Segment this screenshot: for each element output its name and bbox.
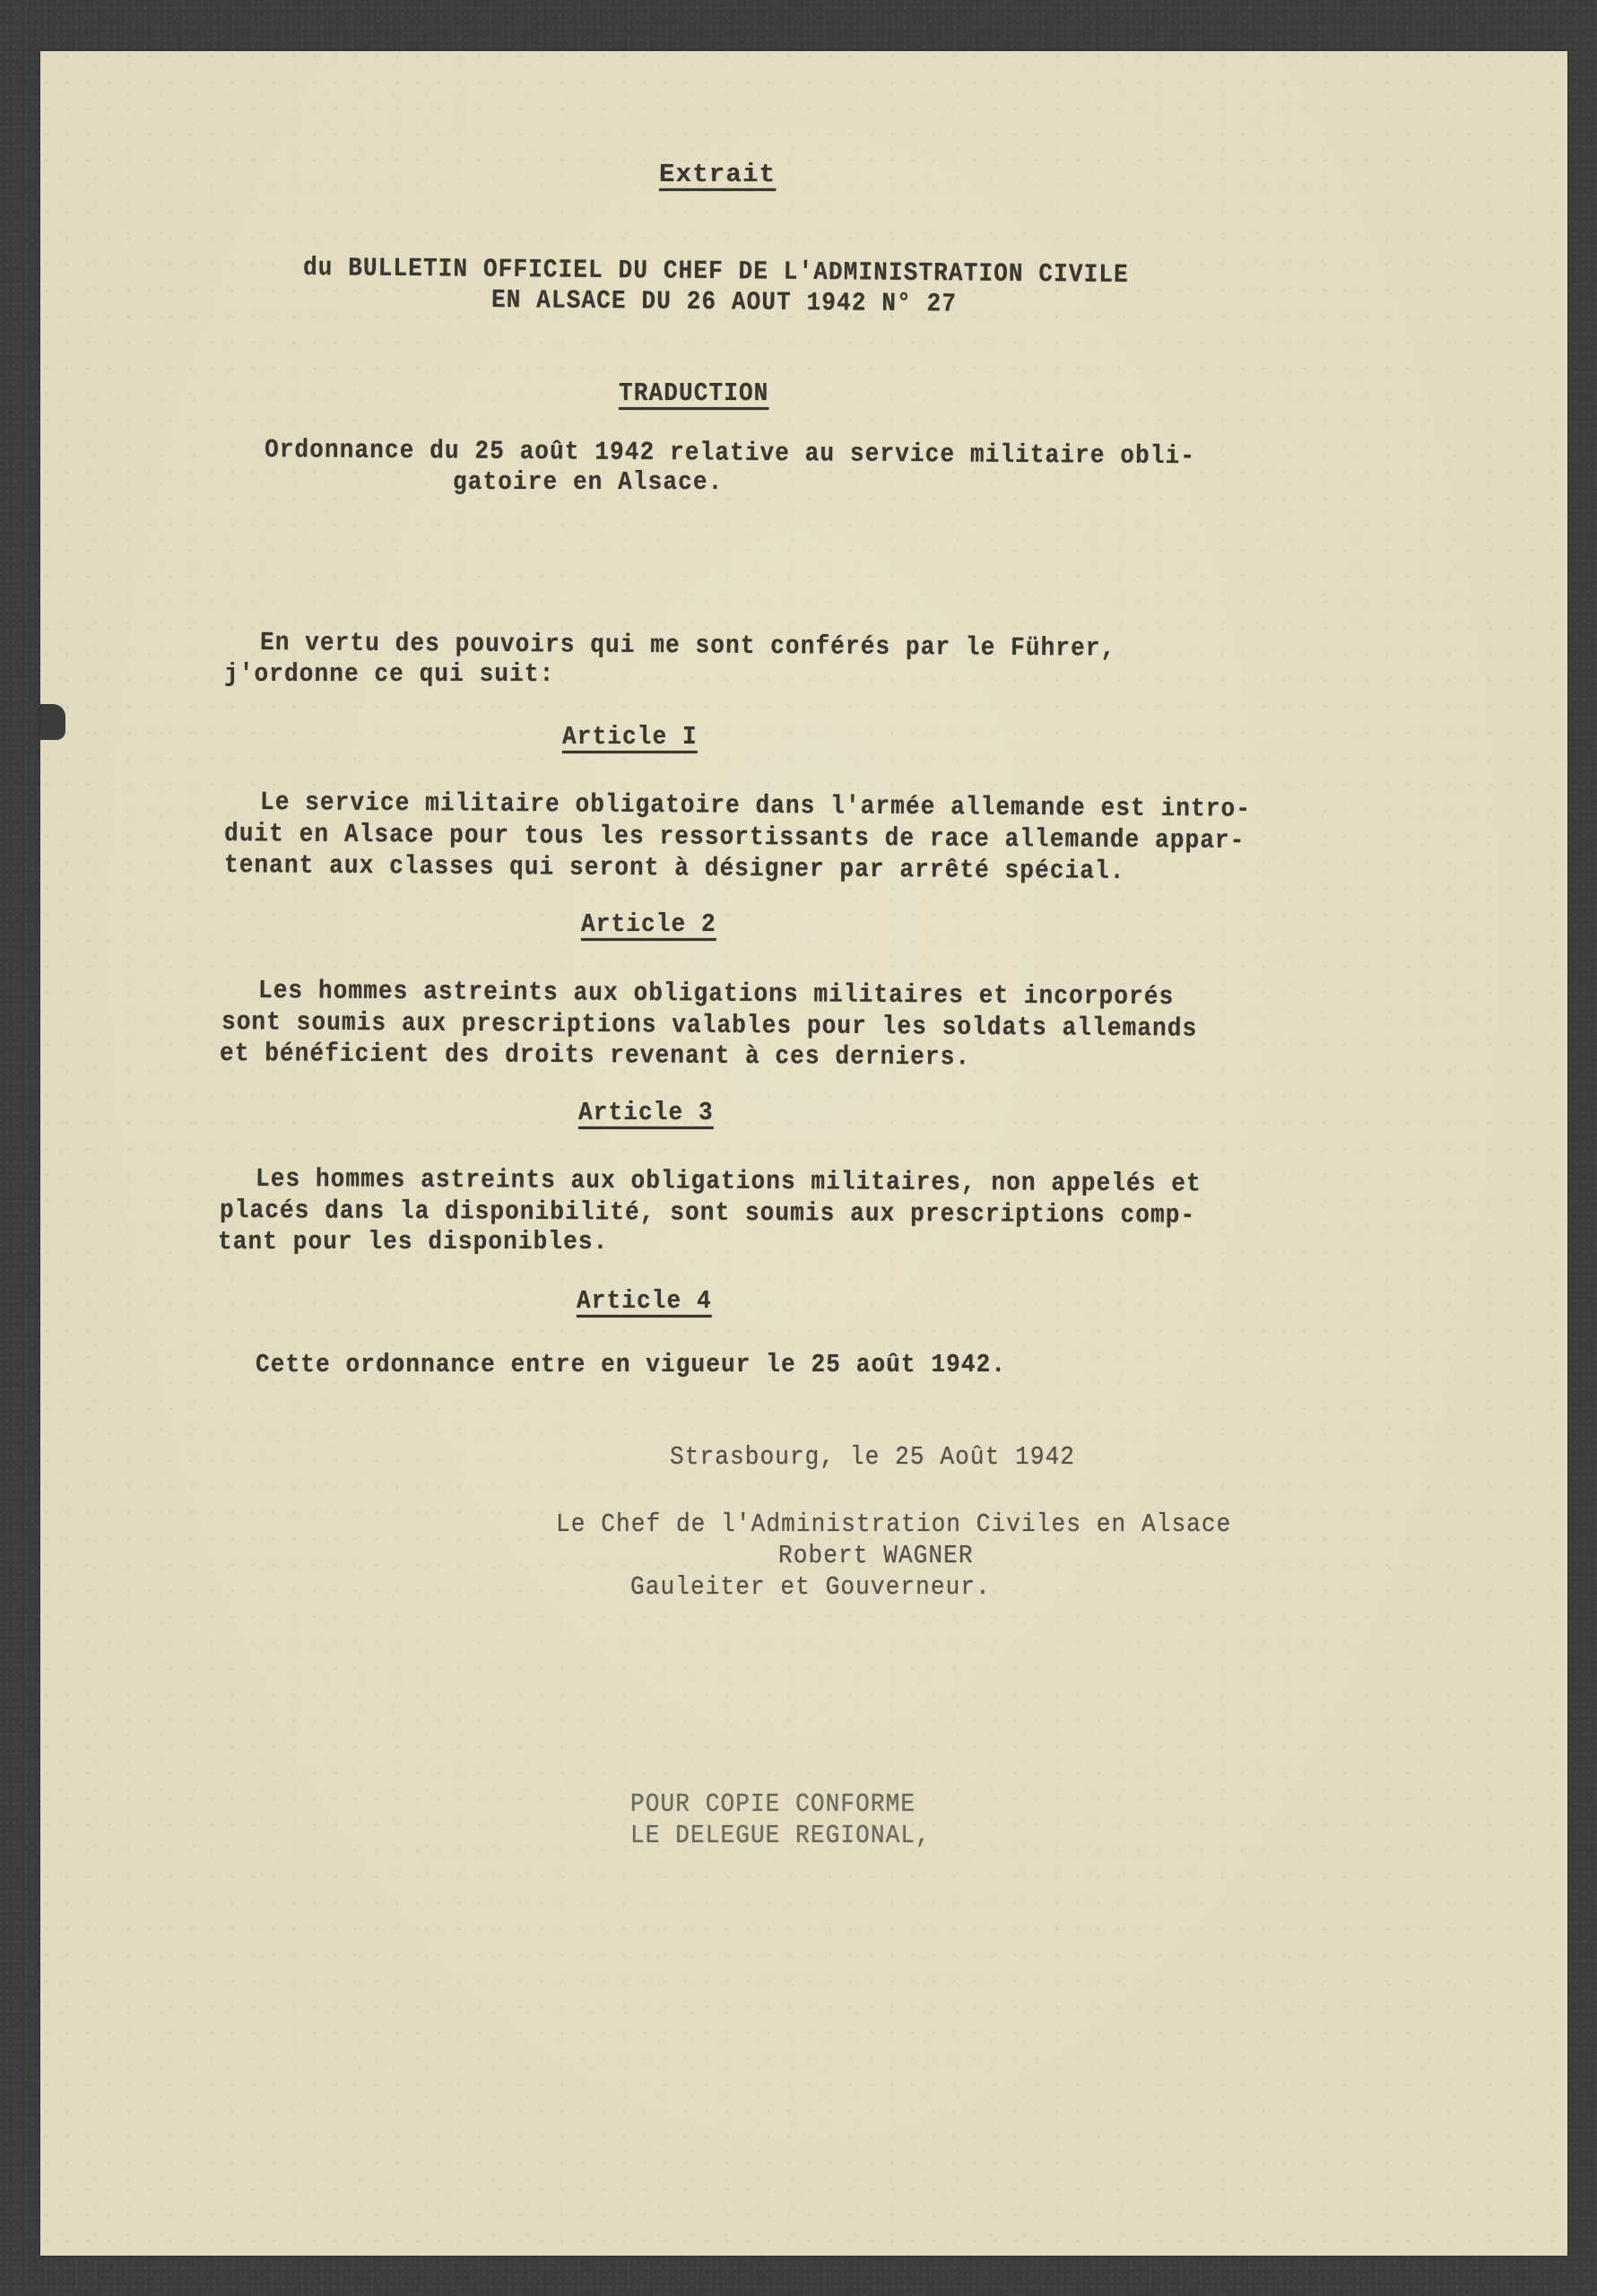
document-page <box>40 51 1567 2256</box>
article-2-line-3: et bénéficient des droits revenant à ces… <box>220 1039 970 1073</box>
ordinance-title-line-2: gatoire en Alsace. <box>453 467 723 498</box>
article-4-line-1: Cette ordonnance entre en vigueur le 25 … <box>256 1350 1006 1380</box>
signature-place-date: Strasbourg, le 25 Août 1942 <box>670 1442 1075 1473</box>
article-3-line-1: Les hommes astreints aux obligations mil… <box>256 1164 1202 1200</box>
article-1-heading: Article I <box>562 722 698 752</box>
article-3-heading: Article 3 <box>578 1098 714 1128</box>
article-1-line-3: tenant aux classes qui seront à désigner… <box>224 850 1125 887</box>
certification-line-2: LE DELEGUE REGIONAL, <box>630 1821 931 1851</box>
signature-title: Gauleiter et Gouverneur. <box>630 1572 991 1603</box>
article-3-line-3: tant pour les disponibles. <box>218 1227 608 1257</box>
traduction-heading: TRADUCTION <box>619 378 768 409</box>
article-2-heading: Article 2 <box>581 909 716 940</box>
article-4-heading: Article 4 <box>577 1286 712 1317</box>
extrait-heading: Extrait <box>659 160 776 190</box>
signature-office: Le Chef de l'Administration Civiles en A… <box>556 1509 1231 1540</box>
article-2-line-1: Les hommes astreints aux obligations mil… <box>258 976 1175 1013</box>
torn-edge <box>40 704 65 740</box>
certification-line-1: POUR COPIE CONFORME <box>630 1789 916 1820</box>
preamble-line-2: j'ordonne ce qui suit: <box>224 659 554 690</box>
bulletin-line-2: EN ALSACE DU 26 AOUT 1942 N° 27 <box>491 285 957 320</box>
article-3-line-2: placés dans la disponibilité, sont soumi… <box>220 1196 1195 1231</box>
ordinance-title-line-1: Ordonnance du 25 août 1942 relative au s… <box>265 435 1195 472</box>
signature-name: Robert WAGNER <box>778 1541 974 1571</box>
